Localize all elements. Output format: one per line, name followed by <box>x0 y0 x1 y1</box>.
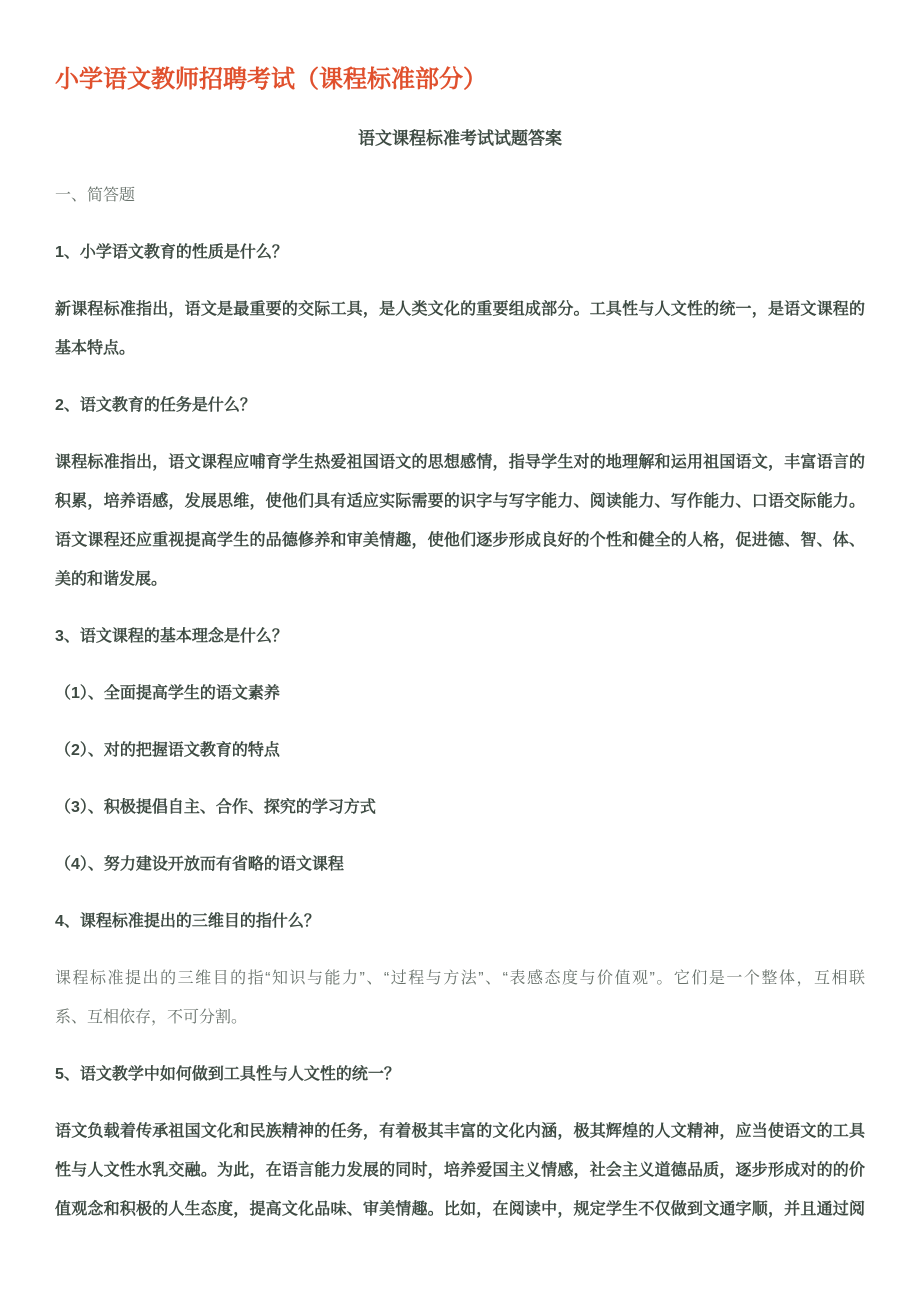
answer-4-line-1: 课程标准提出的三维目的指“知识与能力”、“过程与方法”、“表感态度与价值观”。它… <box>55 959 865 998</box>
question-3: 3、语文课程的基本理念是什么？ <box>55 617 865 656</box>
answer-2-line-1: 课程标准指出，语文课程应哺育学生热爱祖国语文的思想感情，指导学生对的地理解和运用… <box>55 443 865 482</box>
question-3-item-3: （3）、积极提倡自主、合作、探究的学习方式 <box>55 788 865 827</box>
answer-1-line-1: 新课程标准指出，语文是最重要的交际工具，是人类文化的重要组成部分。工具性与人文性… <box>55 290 865 329</box>
answer-1-line-2: 基本特点。 <box>55 329 865 368</box>
section-heading: 一、简答题 <box>55 176 865 215</box>
question-5: 5、语文教学中如何做到工具性与人文性的统一？ <box>55 1055 865 1094</box>
answer-4-line-2: 系、互相依存，不可分割。 <box>55 998 865 1037</box>
answer-4: 课程标准提出的三维目的指“知识与能力”、“过程与方法”、“表感态度与价值观”。它… <box>55 959 865 1037</box>
answer-5-line-1: 语文负载着传承祖国文化和民族精神的任务，有着极其丰富的文化内涵，极其辉煌的人文精… <box>55 1112 865 1151</box>
question-1: 1、小学语文教育的性质是什么？ <box>55 233 865 272</box>
question-3-item-1: （1）、全面提高学生的语文素养 <box>55 674 865 713</box>
answer-2-line-4: 美的和谐发展。 <box>55 560 865 599</box>
question-4: 4、课程标准提出的三维目的指什么？ <box>55 902 865 941</box>
question-2: 2、语文教育的任务是什么？ <box>55 386 865 425</box>
answer-5-line-2: 性与人文性水乳交融。为此，在语言能力发展的同时，培养爱国主义情感，社会主义道德品… <box>55 1151 865 1190</box>
answer-1: 新课程标准指出，语文是最重要的交际工具，是人类文化的重要组成部分。工具性与人文性… <box>55 290 865 368</box>
answer-2: 课程标准指出，语文课程应哺育学生热爱祖国语文的思想感情，指导学生对的地理解和运用… <box>55 443 865 599</box>
document-page: 小学语文教师招聘考试（课程标准部分） 语文课程标准考试试题答案 一、简答题 1、… <box>0 0 920 1302</box>
doc-subtitle: 语文课程标准考试试题答案 <box>55 119 865 158</box>
answer-5: 语文负载着传承祖国文化和民族精神的任务，有着极其丰富的文化内涵，极其辉煌的人文精… <box>55 1112 865 1229</box>
question-3-item-2: （2）、对的把握语文教育的特点 <box>55 731 865 770</box>
answer-2-line-2: 积累，培养语感，发展思维，使他们具有适应实际需要的识字与写字能力、阅读能力、写作… <box>55 482 865 521</box>
question-3-item-4: （4）、努力建设开放而有省略的语文课程 <box>55 845 865 884</box>
answer-2-line-3: 语文课程还应重视提高学生的品德修养和审美情趣，使他们逐步形成良好的个性和健全的人… <box>55 521 865 560</box>
answer-5-line-3: 值观念和积极的人生态度，提高文化品味、审美情趣。比如，在阅读中，规定学生不仅做到… <box>55 1190 865 1229</box>
doc-title: 小学语文教师招聘考试（课程标准部分） <box>55 63 865 97</box>
